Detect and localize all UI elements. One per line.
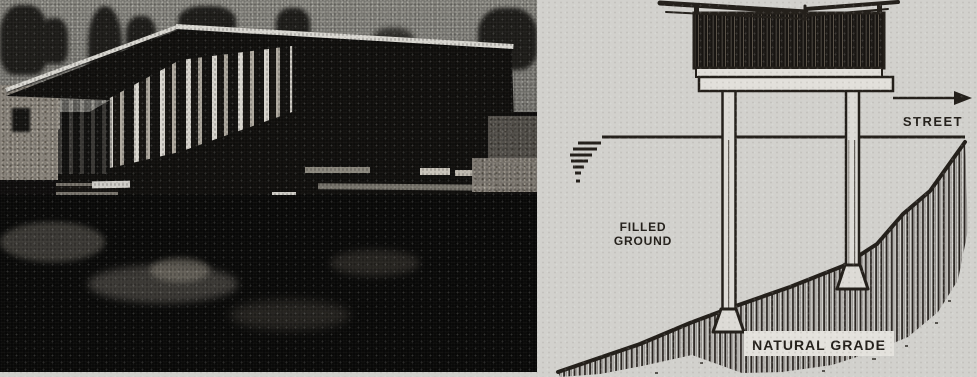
house-section (660, 2, 898, 91)
street-label: STREET (903, 114, 963, 129)
filled-ground-line1: FILLED (620, 220, 667, 234)
filled-ground-label: FILLED GROUND (614, 220, 672, 248)
newspaper-clipping: NATURAL GRADE STREET FILLED GROUN (0, 0, 977, 377)
floor-platform (699, 77, 893, 91)
fill-edge-hatch (570, 143, 601, 181)
floor-band (696, 68, 882, 77)
natural-grade-label: NATURAL GRADE (752, 337, 886, 353)
wall-post-right (877, 3, 882, 14)
foundation-diagram: NATURAL GRADE STREET FILLED GROUN (0, 0, 977, 377)
pier-column-right-buried (849, 140, 857, 265)
street-arrow-icon (893, 91, 972, 105)
wall-post-left (694, 3, 699, 14)
pier-column-left-buried (725, 140, 733, 308)
house-body-section (694, 13, 884, 68)
filled-ground-line2: GROUND (614, 234, 672, 248)
